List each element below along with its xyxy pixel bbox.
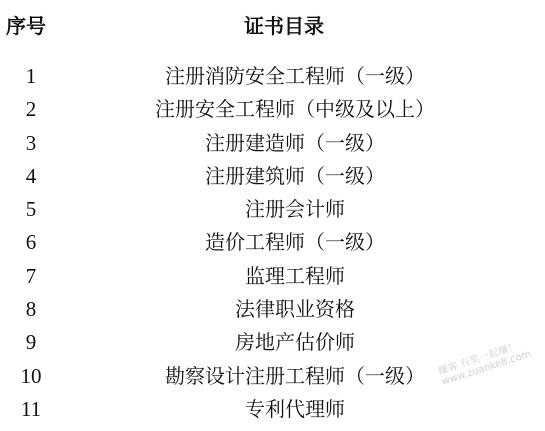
table-row: 4 注册建筑师（一级）: [0, 160, 545, 193]
row-name: 法律职业资格: [70, 293, 520, 326]
row-number: 4: [0, 160, 62, 193]
row-name: 专利代理师: [70, 393, 520, 426]
row-name: 房地产估价师: [70, 326, 520, 359]
row-name: 注册建筑师（一级）: [70, 160, 520, 193]
header-title: 证书目录: [244, 8, 324, 44]
row-number: 9: [0, 326, 62, 359]
row-name: 注册安全工程师（中级及以上）: [70, 93, 520, 126]
table-row: 9 房地产估价师: [0, 326, 545, 359]
table-row: 3 注册建造师（一级）: [0, 127, 545, 160]
row-number: 6: [0, 226, 62, 259]
row-name: 注册消防安全工程师（一级）: [70, 60, 520, 93]
table-row: 2 注册安全工程师（中级及以上）: [0, 93, 545, 126]
table-row: 7 监理工程师: [0, 260, 545, 293]
row-name: 注册建造师（一级）: [70, 127, 520, 160]
row-number: 1: [0, 60, 62, 93]
table-row: 5 注册会计师: [0, 193, 545, 226]
table-row: 6 造价工程师（一级）: [0, 226, 545, 259]
table-row: 1 注册消防安全工程师（一级）: [0, 60, 545, 93]
row-name: 造价工程师（一级）: [70, 226, 520, 259]
row-name: 注册会计师: [70, 193, 520, 226]
row-number: 8: [0, 293, 62, 326]
row-number: 10: [0, 360, 62, 393]
table-header: 序号 证书目录: [0, 8, 545, 44]
row-number: 5: [0, 193, 62, 226]
row-number: 3: [0, 127, 62, 160]
row-name: 监理工程师: [70, 260, 520, 293]
row-number: 11: [0, 393, 62, 426]
table-row: 11 专利代理师: [0, 393, 545, 426]
table-row: 8 法律职业资格: [0, 293, 545, 326]
row-number: 2: [0, 93, 62, 126]
header-number: 序号: [6, 8, 46, 44]
row-number: 7: [0, 260, 62, 293]
